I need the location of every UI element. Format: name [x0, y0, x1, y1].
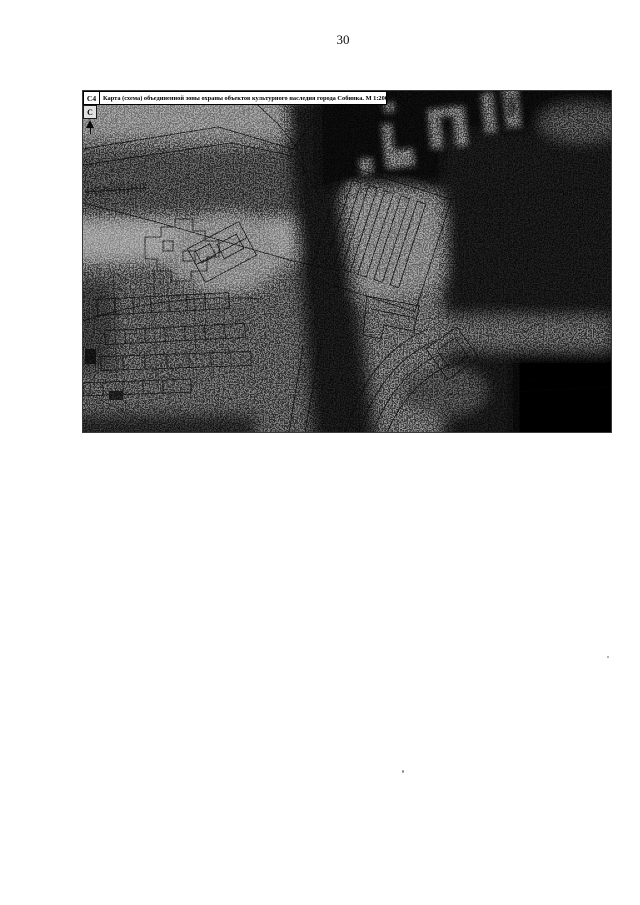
- map-noise-layer: [83, 91, 611, 432]
- figure-title: Карта (схема) объединенной зоны охраны о…: [100, 92, 386, 104]
- figure-sheet-code: С4: [84, 92, 100, 104]
- north-marker: С: [83, 105, 97, 145]
- scan-speck: [402, 770, 404, 773]
- scan-speck: [607, 656, 609, 658]
- north-arrow-stem: [90, 127, 92, 134]
- document-page: { "page": { "number": "30" }, "figure": …: [0, 0, 640, 905]
- map-canvas: [83, 91, 611, 432]
- figure-header: С4 Карта (схема) объединенной зоны охран…: [83, 91, 387, 105]
- north-label: С: [83, 105, 97, 119]
- figure-map: С4 Карта (схема) объединенной зоны охран…: [83, 91, 611, 432]
- page-number: 30: [337, 32, 350, 48]
